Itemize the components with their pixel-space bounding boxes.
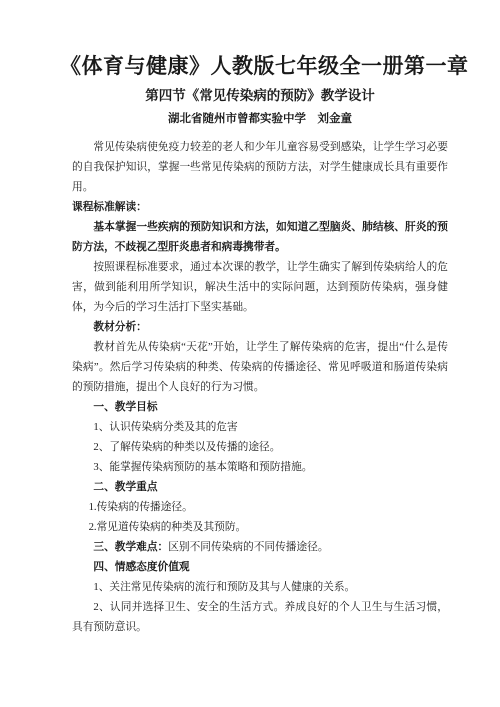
focus-heading: 二、教学重点	[72, 477, 448, 497]
focus-item: 1.传染病的传播途径。	[72, 497, 448, 517]
author-line: 湖北省随州市曾都实验中学 刘金童	[72, 110, 448, 128]
page-subtitle: 第四节《常见传染病的预防》教学设计	[72, 85, 448, 107]
intro-paragraph: 常见传染病使免疫力较差的老人和少年儿童容易受到感染，让学生学习必要的自我保护知识…	[72, 137, 448, 197]
difficulty-text: 区别不同传染病的不同传播途径。	[168, 541, 328, 553]
page-title: 《体育与健康》人教版七年级全一册第一章	[60, 52, 460, 80]
standard-detail: 按照课程标准要求，通过本次课的教学，让学生确实了解到传染病给人的危害，做到能利用…	[72, 257, 448, 317]
document-content: 《体育与健康》人教版七年级全一册第一章 第四节《常见传染病的预防》教学设计 湖北…	[0, 0, 500, 637]
objectives-heading: 一、教学目标	[72, 397, 448, 417]
standard-heading: 课程标准解读：	[72, 197, 448, 217]
document-body: 常见传染病使免疫力较差的老人和少年儿童容易受到感染，让学生学习必要的自我保护知识…	[72, 137, 448, 637]
objective-item: 2、了解传染病的种类以及传播的途径。	[72, 437, 448, 457]
difficulty-label: 三、教学难点：	[93, 541, 168, 553]
material-heading: 教材分析：	[72, 317, 448, 337]
objective-item: 1、认识传染病分类及其的危害	[72, 417, 448, 437]
values-item: 1、关注常见传染病的流行和预防及其与人健康的关系。	[72, 577, 448, 597]
document-page: 《体育与健康》人教版七年级全一册第一章 第四节《常见传染病的预防》教学设计 湖北…	[0, 0, 500, 707]
objective-item: 3、能掌握传染病预防的基本策略和预防措施。	[72, 457, 448, 477]
values-item: 2、认同并选择卫生、安全的生活方式。养成良好的个人卫生与生活习惯，具有预防意识。	[72, 597, 448, 637]
difficulty-line: 三、教学难点：区别不同传染病的不同传播途径。	[72, 537, 448, 557]
standard-requirement: 基本掌握一些疾病的预防知识和方法，如知道乙型脑炎、肺结核、肝炎的预防方法，不歧视…	[72, 217, 448, 257]
values-heading: 四、情感态度价值观	[72, 557, 448, 577]
focus-item: 2.常见道传染病的种类及其预防。	[72, 517, 448, 537]
material-detail: 教材首先从传染病“天花”开始，让学生了解传染病的危害，提出“什么是传染病”。然后…	[72, 337, 448, 397]
